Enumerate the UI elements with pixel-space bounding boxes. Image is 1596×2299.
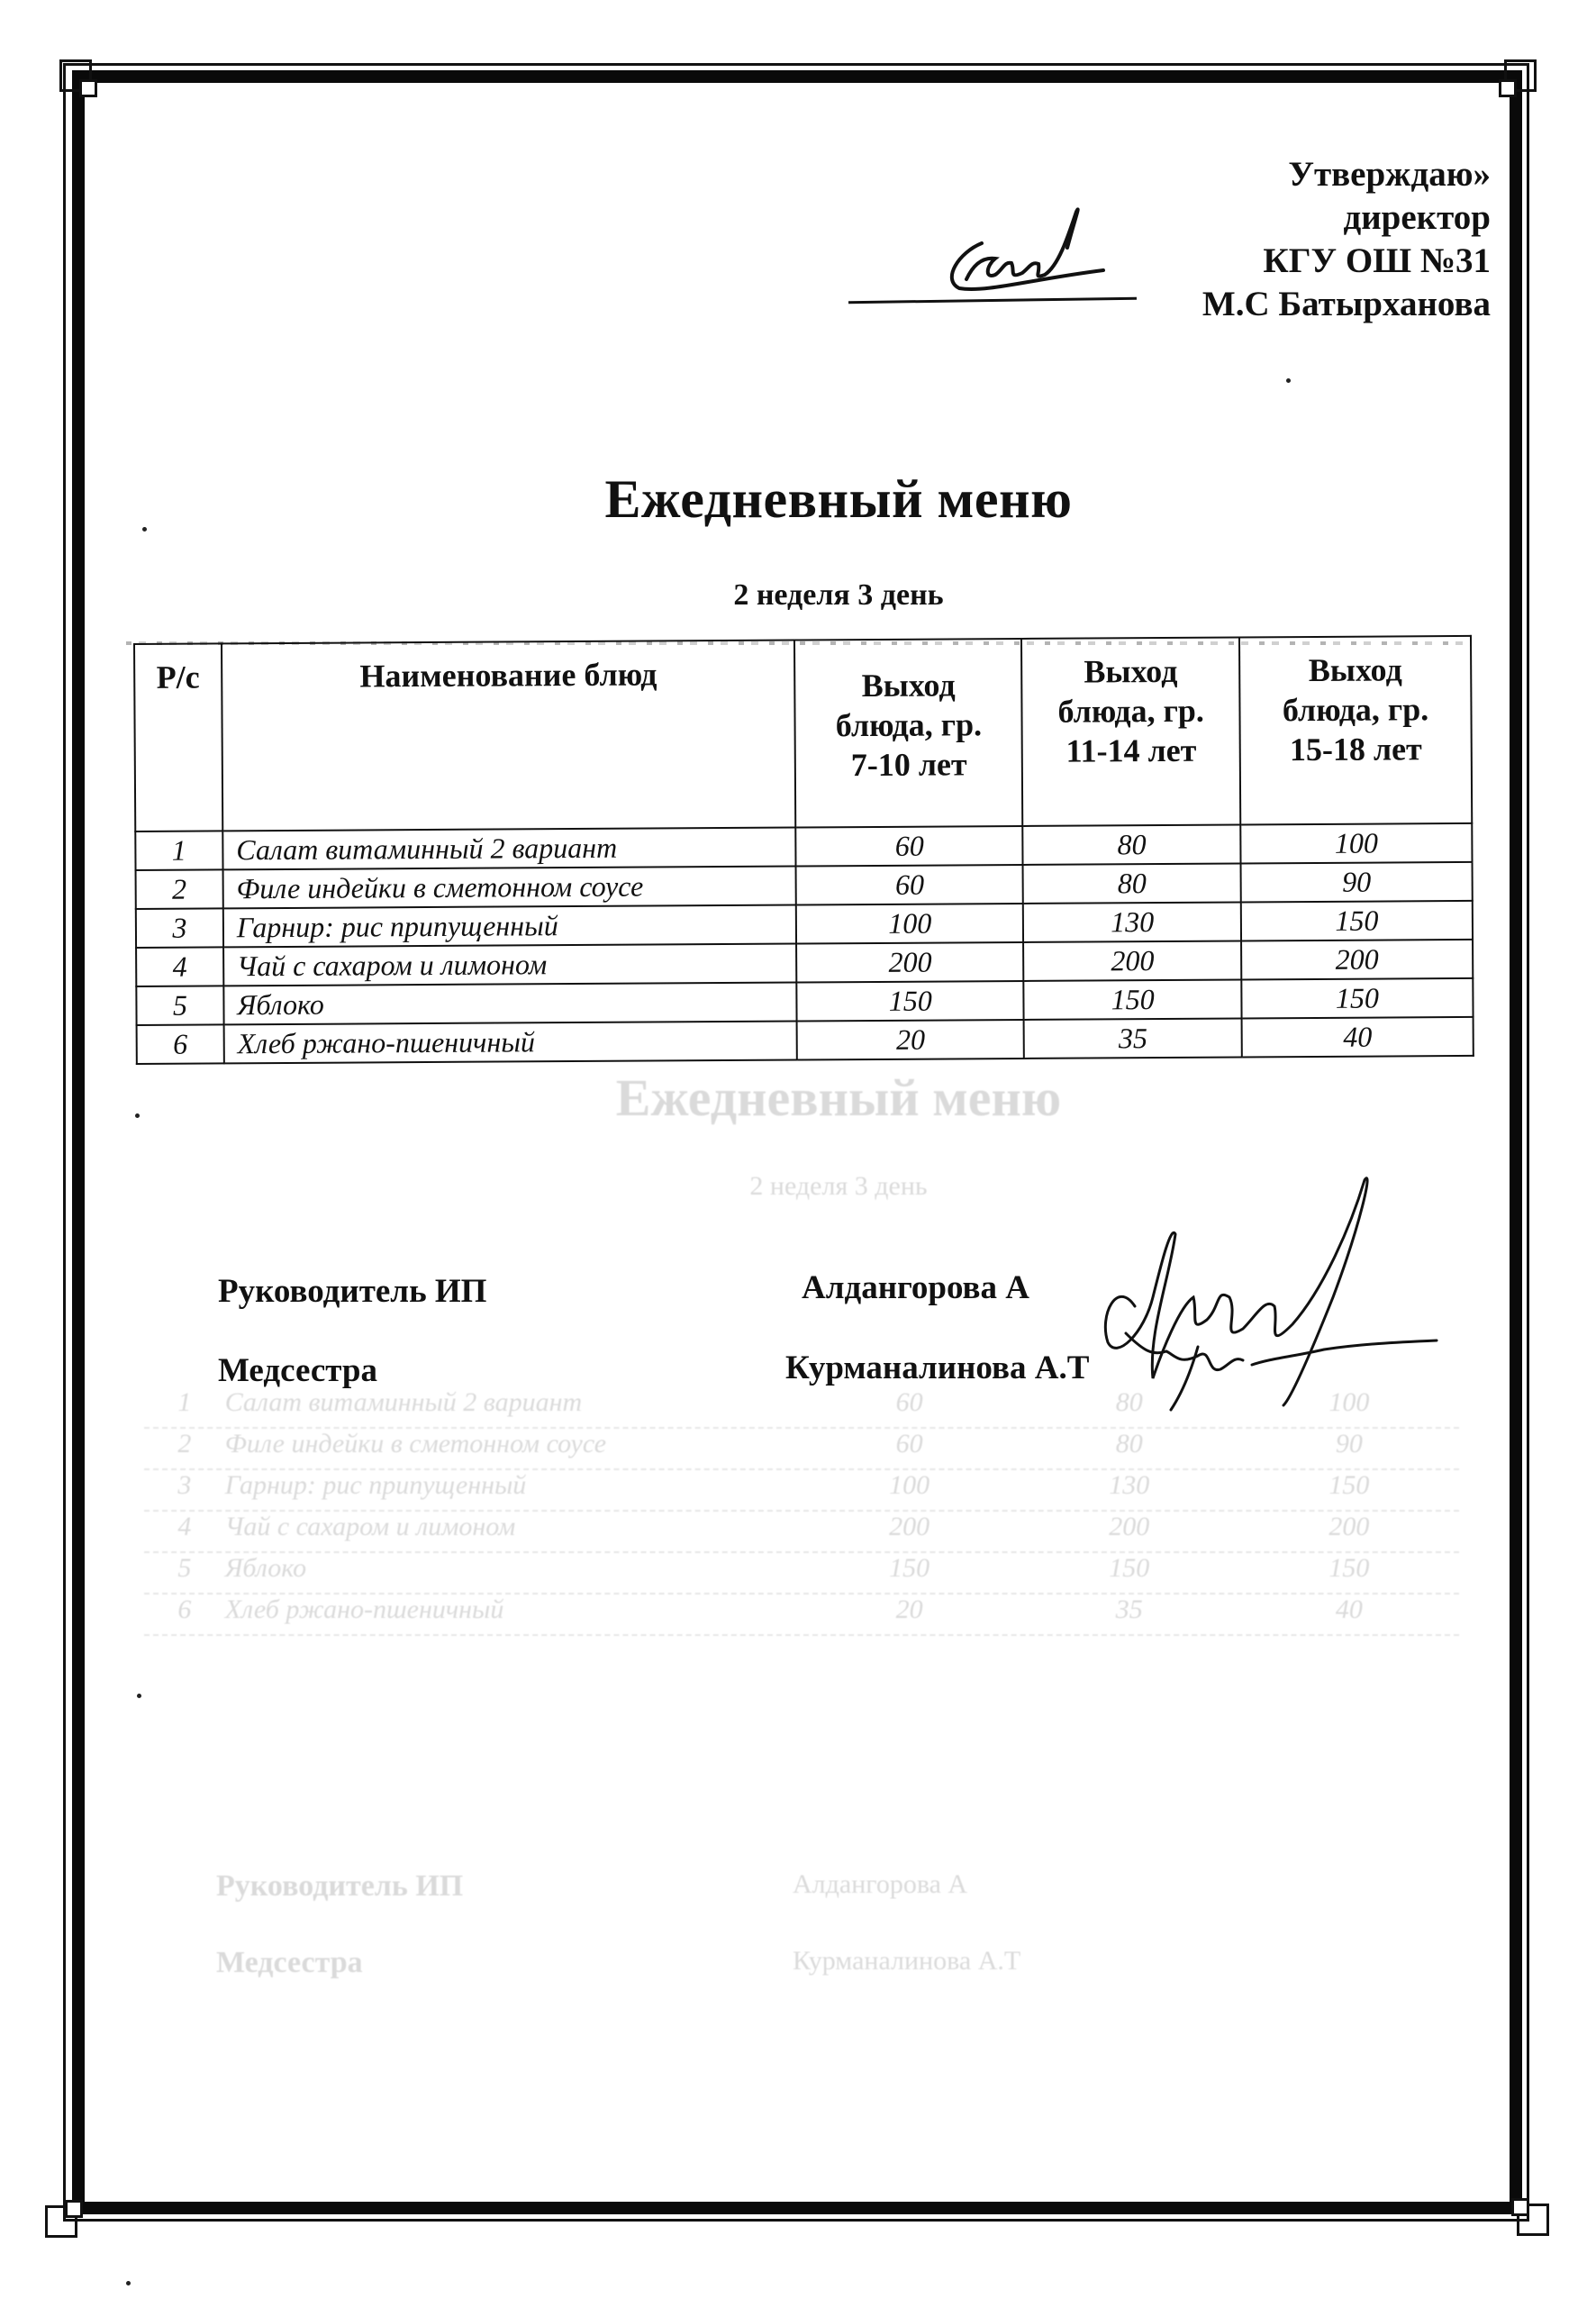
header-line: 7-10 лет [796, 744, 1021, 786]
dish-name: Чай с сахаром и лимоном [223, 944, 797, 986]
header-number: Р/с [134, 643, 222, 831]
yield-7-10: 60 [796, 826, 1023, 867]
bleed-through-cell: 150 [1239, 1470, 1459, 1510]
signatory-name-nurse: Курманалинова А.Т [785, 1349, 1089, 1387]
approval-organization: КГУ ОШ №31 [1202, 240, 1491, 283]
bleed-through-cell: 150 [1020, 1553, 1239, 1593]
yield-7-10: 60 [796, 865, 1023, 905]
bleed-through-cell: 90 [1239, 1429, 1459, 1468]
bleed-through-cell: Гарнир: рис припущенный [225, 1470, 800, 1510]
director-signature-icon [932, 203, 1112, 302]
bleed-through-cell: 60 [800, 1387, 1020, 1427]
frame-corner-ornament [45, 2198, 85, 2238]
row-number: 1 [135, 831, 222, 870]
bleed-through-cell: 6 [144, 1595, 225, 1634]
yield-11-14: 35 [1024, 1018, 1242, 1058]
bleed-through-cell: 5 [144, 1553, 225, 1593]
bleed-through-cell: 20 [800, 1595, 1020, 1634]
dish-name: Яблоко [223, 983, 797, 1025]
table-row: 6 Хлеб ржано-пшеничный 20 35 40 [137, 1017, 1474, 1064]
bleed-through-name: Курманалинова А.Т [793, 1946, 1020, 1976]
yield-11-14: 80 [1023, 863, 1241, 903]
yield-11-14: 200 [1023, 940, 1241, 980]
bleed-through-cell: 4 [144, 1512, 225, 1551]
row-number: 6 [137, 1024, 224, 1064]
scan-speck [137, 1694, 141, 1698]
signatory-role-nurse: Медсестра [218, 1351, 377, 1390]
bleed-through-cell: 35 [1020, 1595, 1239, 1634]
header-line: блюда, гр. [796, 704, 1021, 746]
yield-11-14: 150 [1024, 979, 1242, 1019]
bleed-through-cell: 200 [1020, 1512, 1239, 1551]
bleed-through-name: Алдангорова А [793, 1869, 967, 1900]
header-line: 15-18 лет [1241, 729, 1471, 770]
header-line: блюда, гр. [1023, 691, 1239, 731]
scan-speck [135, 1113, 140, 1118]
row-number: 5 [136, 986, 223, 1025]
approval-signer-name: М.С Батырханова [1202, 283, 1491, 326]
staff-signature-icon [1063, 1171, 1441, 1423]
header-line: Выход [1022, 651, 1238, 692]
header-line: Выход [1240, 650, 1470, 691]
signatory-name-manager: Алдангорова А [802, 1268, 1029, 1307]
row-number: 4 [136, 947, 223, 986]
page-title: Ежедневный меню [0, 468, 1596, 531]
bleed-through-title: Ежедневный меню [0, 1068, 1596, 1128]
approval-heading: Утверждаю» [1202, 153, 1491, 196]
bleed-through-role: Медсестра [216, 1946, 363, 1980]
bleed-through-cell: 130 [1020, 1470, 1239, 1510]
scan-speck [126, 2281, 131, 2285]
table-header-row: Р/с Наименование блюд Выход блюда, гр. 7… [134, 636, 1472, 831]
header-yield-11-14: Выход блюда, гр. 11-14 лет [1021, 637, 1240, 825]
bleed-through-row: 6Хлеб ржано-пшеничный203540 [144, 1595, 1459, 1636]
header-yield-7-10: Выход блюда, гр. 7-10 лет [794, 639, 1022, 828]
yield-7-10: 20 [797, 1020, 1024, 1060]
scan-speck [1286, 378, 1291, 383]
bleed-through-cell: Яблоко [225, 1553, 800, 1593]
bleed-through-cell: Филе индейки в сметонном соусе [225, 1429, 800, 1468]
bleed-through-table: 1Салат витаминный 2 вариант60801002Филе … [144, 1387, 1459, 1636]
yield-15-18: 100 [1240, 823, 1472, 864]
yield-15-18: 90 [1241, 862, 1473, 903]
frame-corner-ornament [59, 59, 99, 99]
bleed-through-cell: Салат витаминный 2 вариант [225, 1387, 800, 1427]
bleed-through-cell: 60 [800, 1429, 1020, 1468]
signatory-role-manager: Руководитель ИП [218, 1272, 486, 1311]
yield-15-18: 40 [1242, 1017, 1474, 1058]
bleed-through-cell: 40 [1239, 1595, 1459, 1634]
yield-15-18: 150 [1241, 978, 1473, 1019]
bleed-through-cell: 100 [800, 1470, 1020, 1510]
approval-position: директор [1202, 196, 1491, 240]
scan-speck [142, 527, 147, 532]
menu-table: Р/с Наименование блюд Выход блюда, гр. 7… [133, 635, 1474, 1065]
bleed-through-cell: 80 [1020, 1429, 1239, 1468]
approval-block: Утверждаю» директор КГУ ОШ №31 М.С Батыр… [1202, 153, 1491, 326]
bleed-through-cell: 3 [144, 1470, 225, 1510]
bleed-through-row: 5Яблоко150150150 [144, 1553, 1459, 1595]
yield-11-14: 80 [1023, 824, 1241, 864]
header-line: Выход [796, 665, 1021, 706]
bleed-through-row: 2Филе индейки в сметонном соусе608090 [144, 1429, 1459, 1470]
dish-name: Гарнир: рис припущенный [223, 905, 797, 948]
frame-corner-ornament [1510, 2196, 1549, 2236]
row-number: 3 [136, 908, 223, 948]
bleed-through-cell: Хлеб ржано-пшеничный [225, 1595, 800, 1634]
bleed-through-cell: 150 [800, 1553, 1020, 1593]
dish-name: Хлеб ржано-пшеничный [224, 1022, 798, 1064]
page-subtitle: 2 неделя 3 день [0, 578, 1596, 613]
dish-name: Салат витаминный 2 вариант [222, 828, 796, 870]
bleed-through-cell: 200 [1239, 1512, 1459, 1551]
header-line: 11-14 лет [1023, 731, 1239, 771]
yield-15-18: 150 [1241, 901, 1473, 941]
yield-7-10: 100 [796, 904, 1023, 944]
bleed-through-row: 3Гарнир: рис припущенный100130150 [144, 1470, 1459, 1512]
bleed-through-cell: Чай с сахаром и лимоном [225, 1512, 800, 1551]
header-line: блюда, гр. [1240, 689, 1470, 731]
yield-15-18: 200 [1241, 940, 1473, 980]
header-yield-15-18: Выход блюда, гр. 15-18 лет [1239, 636, 1472, 825]
bleed-through-role: Руководитель ИП [216, 1869, 463, 1904]
bleed-through-row: 4Чай с сахаром и лимоном200200200 [144, 1512, 1459, 1553]
yield-7-10: 150 [797, 981, 1024, 1022]
yield-7-10: 200 [797, 942, 1024, 983]
dish-name: Филе индейки в сметонном соусе [222, 867, 796, 909]
frame-corner-ornament [1497, 59, 1537, 99]
header-dish-name: Наименование блюд [222, 641, 796, 831]
bleed-through-cell: 1 [144, 1387, 225, 1427]
bleed-through-cell: 200 [800, 1512, 1020, 1551]
row-number: 2 [136, 869, 223, 909]
bleed-through-cell: 2 [144, 1429, 225, 1468]
bleed-through-cell: 150 [1239, 1553, 1459, 1593]
yield-11-14: 130 [1023, 902, 1241, 941]
